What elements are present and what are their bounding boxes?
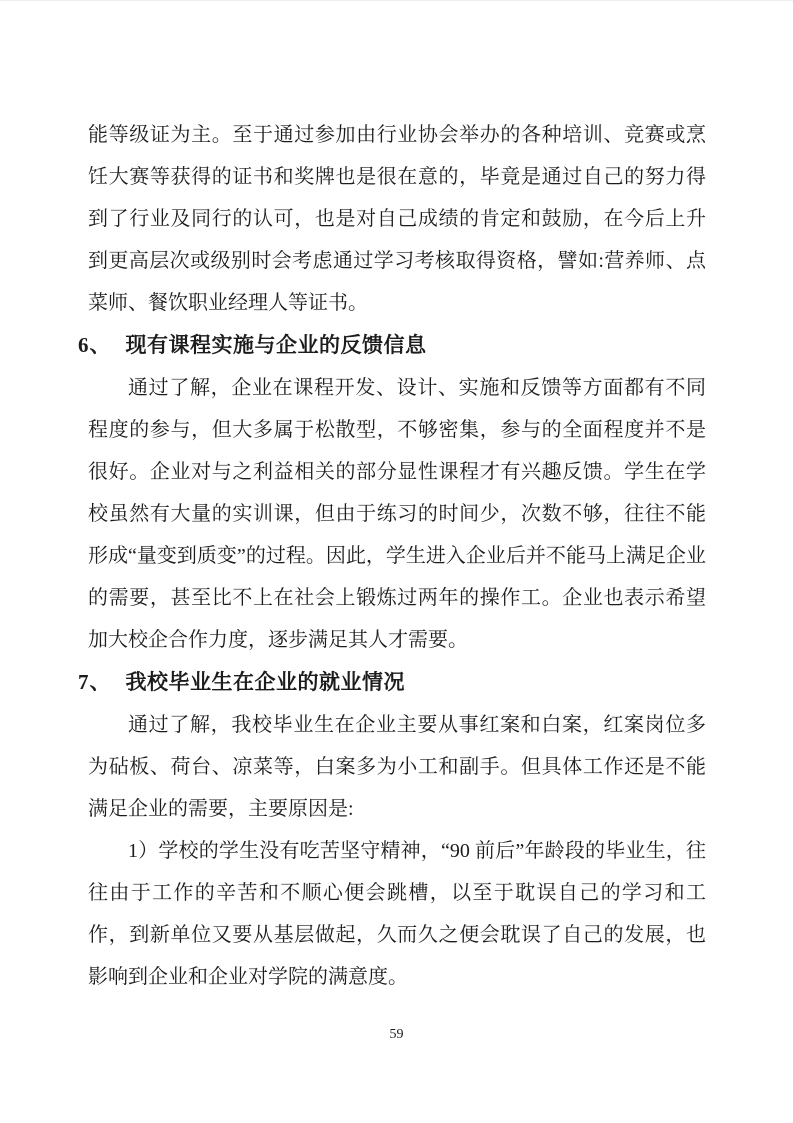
document-page: 能等级证为主。至于通过参加由行业协会举办的各种培训、竞赛或烹饪大赛等获得的证书和… — [0, 0, 793, 1123]
section-heading-6: 6、现有课程实施与企业的反馈信息 — [78, 324, 706, 367]
body-paragraph: 1）学校的学生没有吃苦坚守精神，“90 前后”年龄段的毕业生，往往由于工作的辛苦… — [88, 830, 706, 998]
section-number: 7、 — [78, 670, 112, 694]
body-paragraph: 通过了解，我校毕业生在企业主要从事红案和白案，红案岗位多为砧板、荷台、凉菜等，白… — [88, 704, 706, 830]
section-number: 6、 — [78, 333, 112, 357]
section-title: 现有课程实施与企业的反馈信息 — [126, 334, 427, 357]
body-paragraph: 能等级证为主。至于通过参加由行业协会举办的各种培训、竞赛或烹饪大赛等获得的证书和… — [88, 114, 706, 324]
section-heading-7: 7、我校毕业生在企业的就业情况 — [78, 661, 706, 704]
body-paragraph: 通过了解，企业在课程开发、设计、实施和反馈等方面都有不同程度的参与，但大多属于松… — [88, 367, 706, 661]
section-title: 我校毕业生在企业的就业情况 — [126, 671, 406, 694]
page-body: 能等级证为主。至于通过参加由行业协会举办的各种培训、竞赛或烹饪大赛等获得的证书和… — [88, 114, 706, 998]
page-number: 59 — [0, 1025, 793, 1045]
